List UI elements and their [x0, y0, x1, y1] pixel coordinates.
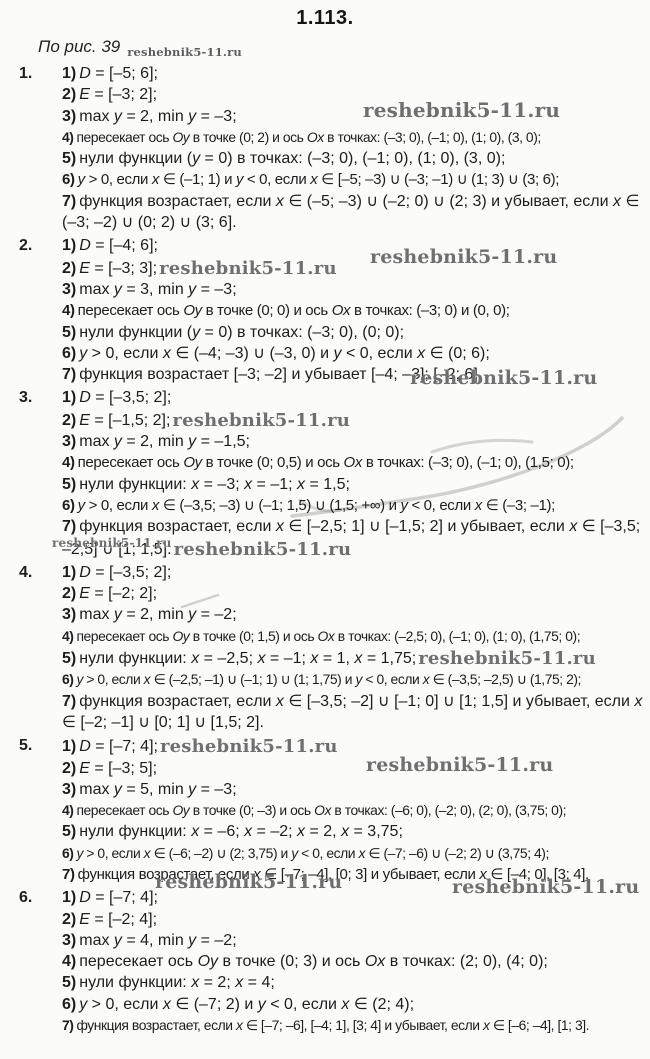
solution-line: 6)y > 0, если x ∈ (–1; 1) и y < 0, если … — [62, 169, 646, 190]
problem-block-3: 3.1)D = [–3,5; 2];2)E = [–1,5; 2];resheb… — [0, 387, 650, 559]
solution-line: 5)нули функции (y = 0) в точках: (–3; 0)… — [62, 322, 646, 343]
line-number: 6) — [62, 671, 73, 687]
line-number: 3) — [62, 781, 76, 798]
figure-reference: По рис. 39 — [38, 37, 120, 56]
problem-number: 2. — [19, 235, 32, 256]
solution-line: 1)D = [–3,5; 2]; — [62, 387, 646, 408]
line-number: 3) — [62, 108, 76, 125]
solution-line: 6)y > 0, если x ∈ (–7; 2) и y < 0, если … — [62, 994, 646, 1015]
line-number: 5) — [62, 823, 76, 840]
solution-line: 7)функция возрастает, если x ∈ [–3,5; –2… — [62, 691, 646, 734]
line-number: 2) — [62, 585, 76, 602]
line-number: 5) — [62, 650, 76, 667]
line-number: 3) — [62, 606, 76, 623]
solution-line: 6)y > 0, если x ∈ (–4; –3) ∪ (–3, 0) и y… — [62, 343, 646, 364]
watermark: reshebnik5-11.ru — [52, 536, 172, 550]
watermark: reshebnik5-11.ru — [418, 648, 596, 669]
line-number: 5) — [62, 974, 76, 991]
solution-line: 2)E = [–3; 5]; — [62, 758, 646, 779]
watermark: reshebnik5-11.ru — [160, 736, 338, 757]
solution-line: 3)max y = 5, min y = –3; — [62, 779, 646, 800]
solution-line: 4)пересекает ось Oy в точке (0; 0,5) и о… — [62, 452, 646, 473]
problem-block-6: 6.1)D = [–7; 4];2)E = [–2; 4];3)max y = … — [0, 887, 650, 1036]
line-number: 1) — [62, 738, 76, 755]
solution-line: 4)пересекает ось Oy в точке (0; 0) и ось… — [62, 300, 646, 321]
solution-line: 1)D = [–7; 4];reshebnik5-11.ru — [62, 735, 646, 757]
line-number: 5) — [62, 324, 76, 341]
line-number: 3) — [62, 932, 76, 949]
line-number: 4) — [62, 802, 73, 818]
solution-line: 5)нули функции: x = –6; x = –2; x = 2, x… — [62, 821, 646, 842]
watermark: reshebnik5-11.ru — [366, 754, 553, 776]
solution-line: 3)max y = 2, min y = –2; — [62, 604, 646, 625]
solution-line: 4)пересекает ось Oy в точке (0; 1,5) и о… — [62, 626, 646, 647]
watermark: reshebnik5-11.ru — [452, 876, 639, 898]
line-number: 5) — [62, 150, 76, 167]
solution-line: 5)нули функции: x = 2; x = 4; — [62, 972, 646, 993]
line-number: 6) — [62, 497, 75, 514]
watermark: reshebnik5-11.ru — [127, 45, 242, 59]
line-number: 4) — [62, 129, 73, 145]
line-number: 6) — [62, 171, 75, 188]
line-number: 2) — [62, 760, 76, 777]
solution-line: 4)пересекает ось Oy в точке (0; 3) и ось… — [62, 951, 646, 972]
line-number: 2) — [62, 412, 76, 429]
problem-number: 6. — [19, 887, 32, 908]
line-number: 1) — [62, 65, 76, 82]
solution-line: 3)max y = 2, min y = –1,5; — [62, 431, 646, 452]
line-number: 7) — [62, 1017, 73, 1033]
line-number: 3) — [62, 281, 76, 298]
solution-line: 1)D = [–5; 6]; — [62, 63, 646, 84]
line-number: 2) — [62, 86, 76, 103]
solution-line: 3)max y = 3, min y = –3; — [62, 279, 646, 300]
solution-line: 6)y > 0, если x ∈ (–3,5; –3) ∪ (–1; 1,5)… — [62, 495, 646, 516]
line-number: 6) — [62, 845, 73, 861]
line-number: 3) — [62, 433, 76, 450]
watermark: reshebnik5-11.ru — [363, 98, 560, 122]
watermark: reshebnik5-11.ru — [159, 258, 337, 279]
problem-block-1: 1.1)D = [–5; 6];2)E = [–3; 2];3)max y = … — [0, 63, 650, 233]
solution-line: 7)функция возрастает, если x ∈ (–5; –3) … — [62, 191, 646, 234]
watermark: reshebnik5-11.ru — [172, 410, 350, 431]
solution-line: 2)E = [–1,5; 2];reshebnik5-11.ru — [62, 409, 646, 431]
problem-number: 4. — [19, 562, 32, 583]
line-number: 1) — [62, 889, 76, 906]
textbook-solution-page: 1.113. По рис. 39reshebnik5-11.ru 1.1)D … — [0, 0, 650, 1059]
problem-block-4: 4.1)D = [–3,5; 2];2)E = [–2; 2];3)max y … — [0, 562, 650, 733]
problem-number: 5. — [19, 735, 32, 756]
solution-line: 1)D = [–4; 6]; — [62, 235, 646, 256]
solution-line: 5)нули функции (y = 0) в точках: (–3; 0)… — [62, 148, 646, 169]
line-number: 7) — [62, 866, 75, 883]
solution-line: 3)max y = 4, min y = –2; — [62, 930, 646, 951]
solution-line: 5)нули функции: x = –3; x = –1; x = 1,5; — [62, 474, 646, 495]
line-number: 4) — [62, 302, 75, 319]
problem-number: 3. — [19, 387, 32, 408]
solution-line: 7)функция возрастает, если x ∈ [–7; –6],… — [62, 1015, 646, 1036]
line-number: 1) — [62, 237, 76, 254]
line-number: 4) — [62, 953, 76, 970]
solution-line: 4)пересекает ось Oy в точке (0; 2) и ось… — [62, 127, 646, 148]
solution-line: 5)нули функции: x = –2,5; x = –1; x = 1,… — [62, 647, 646, 669]
line-number: 7) — [62, 366, 76, 383]
line-number: 1) — [62, 389, 76, 406]
solution-line: 1)D = [–3,5; 2]; — [62, 562, 646, 583]
line-number: 5) — [62, 476, 76, 493]
problem-number: 1. — [19, 63, 32, 84]
line-number: 6) — [62, 996, 76, 1013]
watermark: reshebnik5-11.ru — [174, 539, 352, 560]
line-number: 7) — [62, 693, 76, 710]
solution-line: 2)E = [–2; 4]; — [62, 909, 646, 930]
solution-line: 6)y > 0, если x ∈ (–6; –2) ∪ (2; 3,75) и… — [62, 843, 646, 864]
solution-line: 4)пересекает ось Oy в точке (0; –3) и ос… — [62, 800, 646, 821]
solution-line: 2)E = [–2; 2]; — [62, 583, 646, 604]
line-number: 1) — [62, 564, 76, 581]
line-number: 4) — [62, 628, 73, 644]
line-number: 7) — [62, 518, 76, 535]
line-number: 2) — [62, 911, 76, 928]
line-number: 7) — [62, 193, 76, 210]
watermark: reshebnik5-11.ru — [370, 246, 557, 268]
line-number: 6) — [62, 345, 76, 362]
solution-line: 6)y > 0, если x ∈ (–2,5; –1) ∪ (–1; 1) ∪… — [62, 669, 646, 690]
figure-reference-row: По рис. 39reshebnik5-11.ru — [38, 37, 650, 59]
watermark: reshebnik5-11.ru — [410, 367, 597, 389]
line-number: 2) — [62, 260, 76, 277]
line-number: 4) — [62, 454, 75, 471]
watermark: reshebnik5-11.ru — [155, 871, 342, 893]
problem-number-heading: 1.113. — [0, 7, 650, 30]
solution-line: 2)E = [–3; 3];reshebnik5-11.ru — [62, 257, 646, 279]
